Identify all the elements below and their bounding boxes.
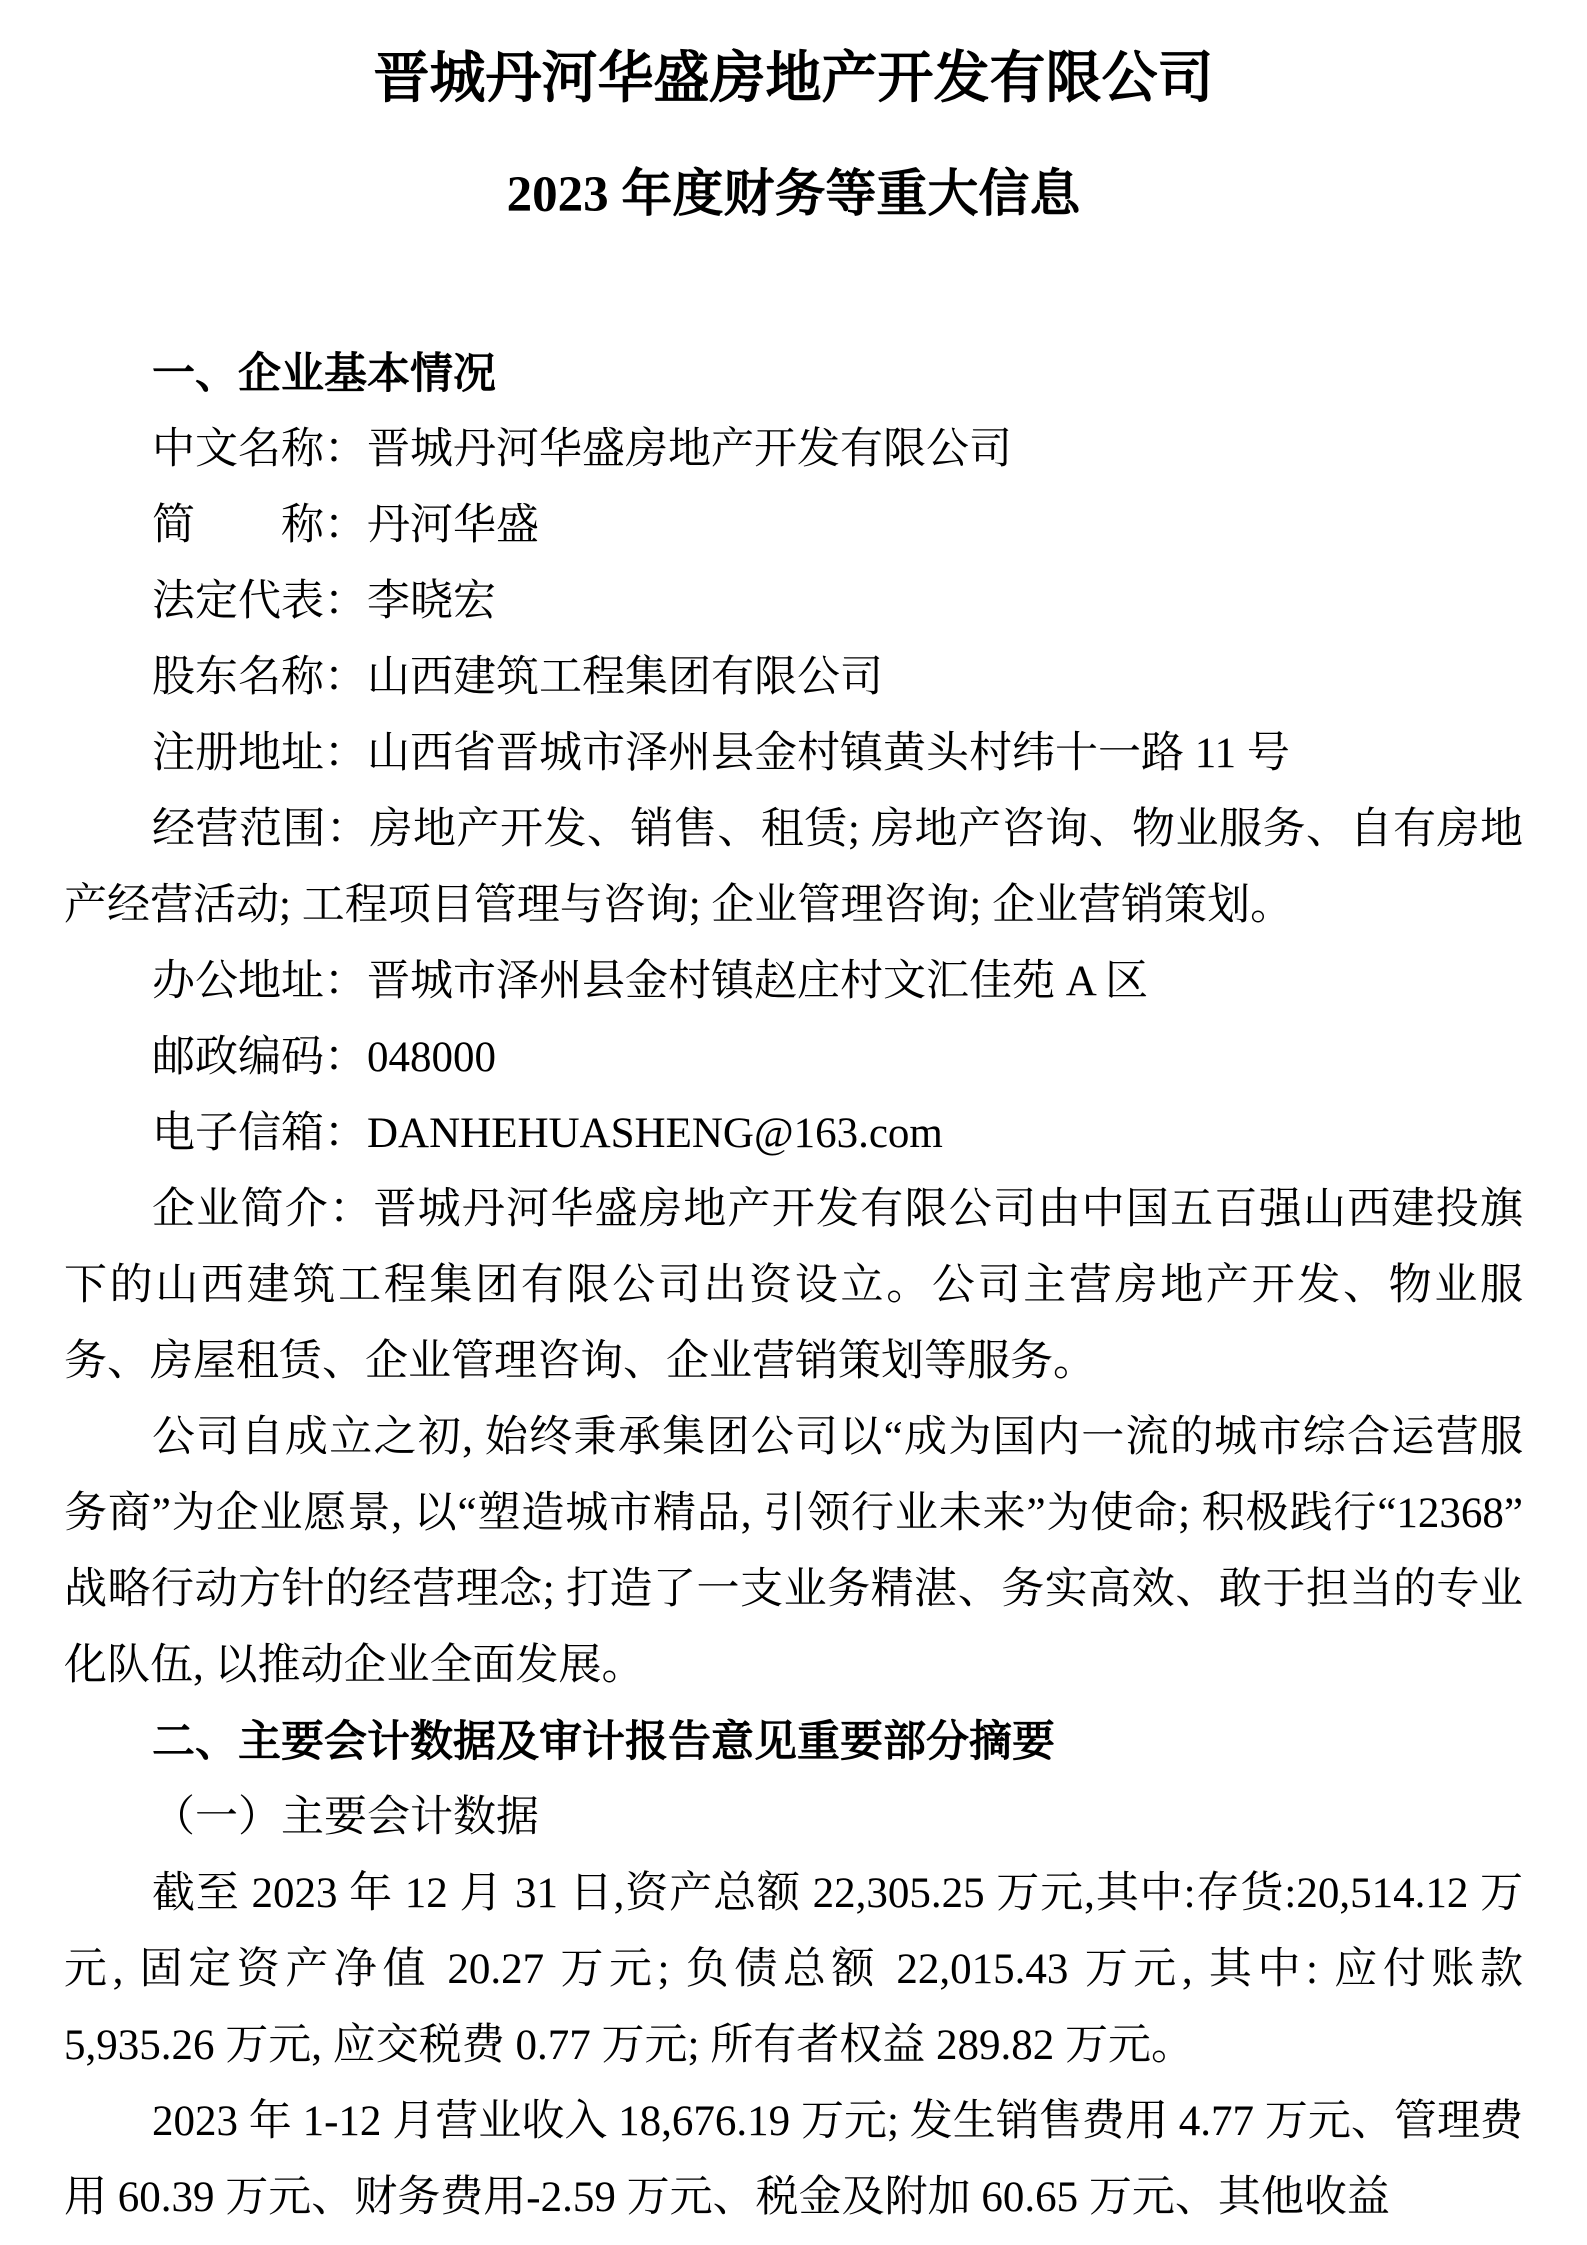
paragraph-assets-liabilities: 截至 2023 年 12 月 31 日,资产总额 22,305.25 万元,其中… xyxy=(64,1856,1523,2084)
field-company-profile: 企业简介：晋城丹河华盛房地产开发有限公司由中国五百强山西建投旗下的山西建筑工程集… xyxy=(64,1172,1523,1400)
field-chinese-name-value: 晋城丹河华盛房地产开发有限公司 xyxy=(367,426,1012,473)
field-shareholder-name: 股东名称：山西建筑工程集团有限公司 xyxy=(64,640,1523,716)
field-email-label: 电子信箱： xyxy=(152,1110,367,1157)
field-business-scope-label: 经营范围： xyxy=(152,806,369,853)
field-shareholder-name-value: 山西建筑工程集团有限公司 xyxy=(367,654,883,701)
section-financial-heading: 二、主要会计数据及审计报告意见重要部分摘要 xyxy=(64,1704,1523,1780)
section-basic-heading: 一、企业基本情况 xyxy=(64,336,1523,412)
field-legal-representative: 法定代表：李晓宏 xyxy=(64,564,1523,640)
field-registered-address-value: 山西省晋城市泽州县金村镇黄头村纬十一路 11 号 xyxy=(367,730,1290,777)
field-email-value: DANHEHUASHENG@163.com xyxy=(367,1110,943,1157)
field-short-name-label: 简 称： xyxy=(152,502,367,549)
field-postal-code-value: 048000 xyxy=(367,1034,496,1081)
field-registered-address: 注册地址：山西省晋城市泽州县金村镇黄头村纬十一路 11 号 xyxy=(64,716,1523,792)
field-business-scope: 经营范围：房地产开发、销售、租赁; 房地产咨询、物业服务、自有房地产经营活动; … xyxy=(64,792,1523,944)
field-office-address-label: 办公地址： xyxy=(152,958,367,1005)
document-page: 晋城丹河华盛房地产开发有限公司 2023 年度财务等重大信息 一、企业基本情况 … xyxy=(0,0,1587,2245)
field-office-address-value: 晋城市泽州县金村镇赵庄村文汇佳苑 A 区 xyxy=(367,958,1148,1005)
field-chinese-name-label: 中文名称： xyxy=(152,426,367,473)
paragraph-company-vision: 公司自成立之初, 始终秉承集团公司以“成为国内一流的城市综合运营服务商”为企业愿… xyxy=(64,1400,1523,1704)
field-office-address: 办公地址：晋城市泽州县金村镇赵庄村文汇佳苑 A 区 xyxy=(64,944,1523,1020)
field-postal-code: 邮政编码：048000 xyxy=(64,1020,1523,1096)
field-chinese-name: 中文名称：晋城丹河华盛房地产开发有限公司 xyxy=(64,412,1523,488)
field-email: 电子信箱：DANHEHUASHENG@163.com xyxy=(64,1096,1523,1172)
field-short-name: 简 称：丹河华盛 xyxy=(64,488,1523,564)
field-registered-address-label: 注册地址： xyxy=(152,730,367,777)
field-company-profile-label: 企业简介： xyxy=(152,1186,373,1233)
field-legal-representative-value: 李晓宏 xyxy=(367,578,496,625)
field-legal-representative-label: 法定代表： xyxy=(152,578,367,625)
paragraph-revenue-expenses: 2023 年 1-12 月营业收入 18,676.19 万元; 发生销售费用 4… xyxy=(64,2084,1523,2236)
document-title-line1: 晋城丹河华盛房地产开发有限公司 xyxy=(64,44,1523,114)
document-title-line2: 2023 年度财务等重大信息 xyxy=(64,162,1523,228)
field-shareholder-name-label: 股东名称： xyxy=(152,654,367,701)
field-postal-code-label: 邮政编码： xyxy=(152,1034,367,1081)
field-short-name-value: 丹河华盛 xyxy=(367,502,539,549)
section-financial-subheading: （一）主要会计数据 xyxy=(64,1780,1523,1856)
